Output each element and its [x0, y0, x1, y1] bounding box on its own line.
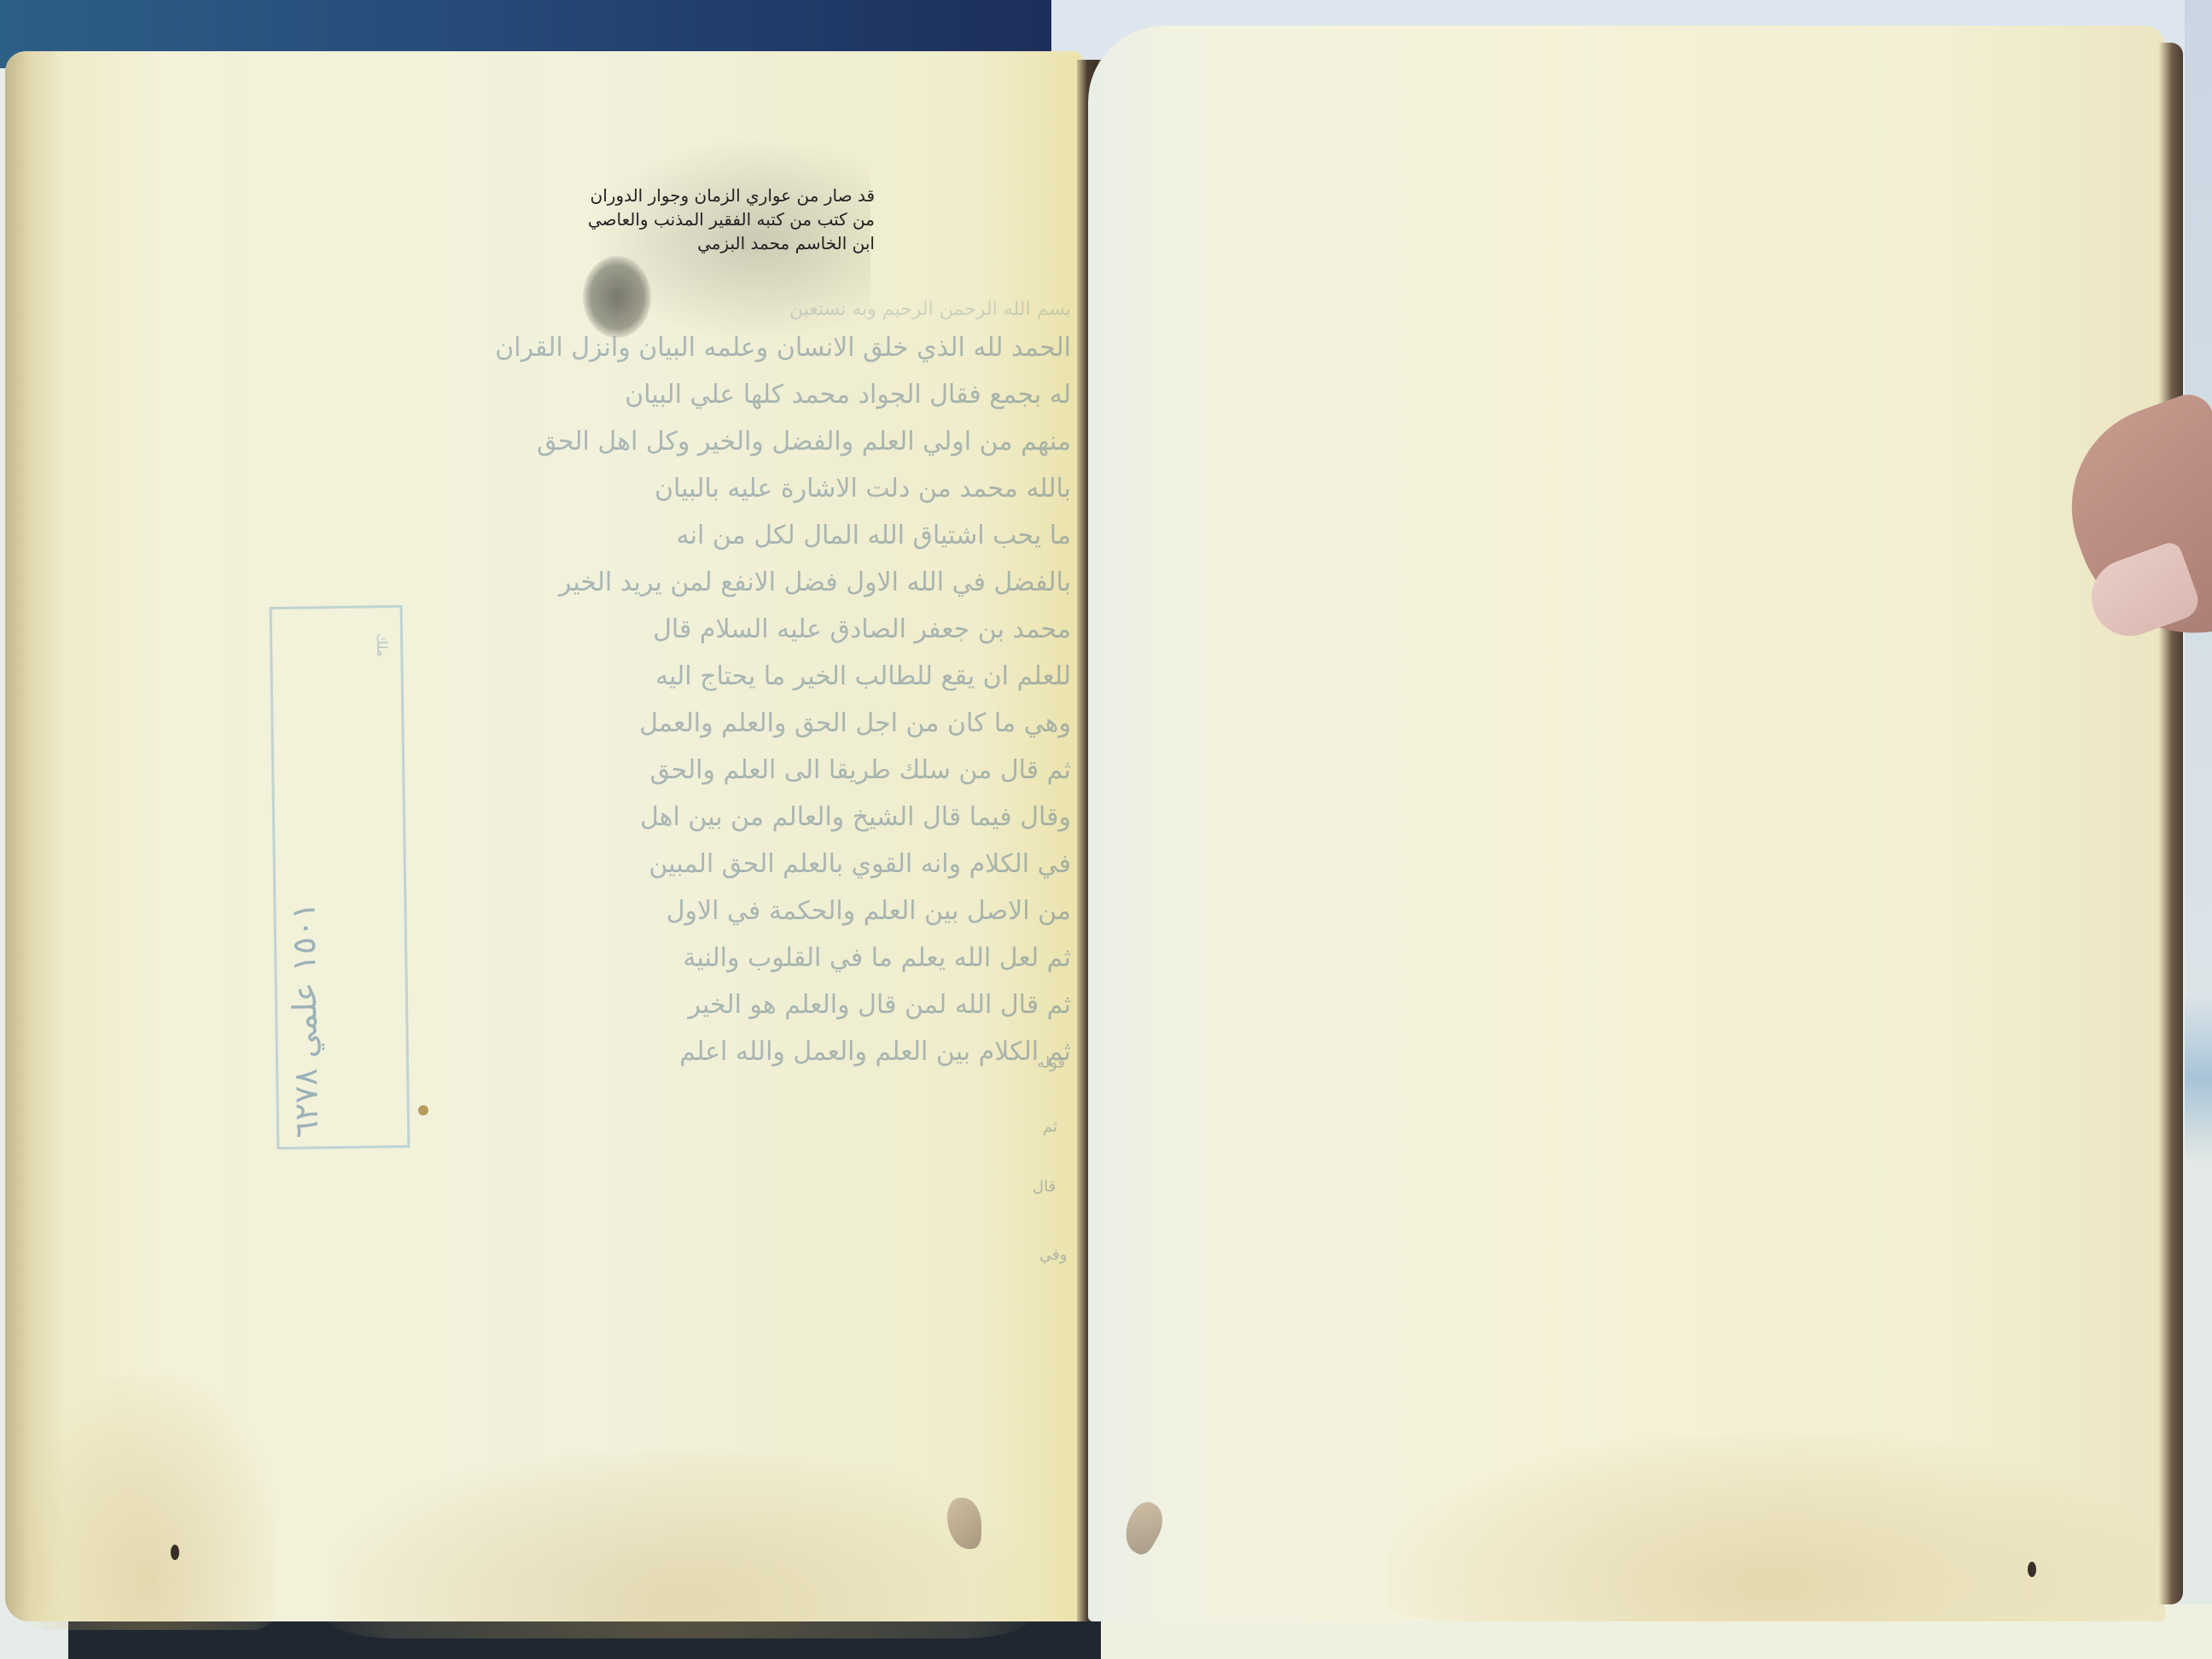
marginal-note: وفي — [1039, 1246, 1067, 1264]
right-page — [1088, 26, 2165, 1621]
text-line: في الكلام وانه القوي بالعلم الحق المبين — [422, 841, 1071, 888]
text-line: ما يحب اشتياق الله المال لكل من انه — [422, 512, 1071, 559]
text-line: منهم من اولي العلم والفضل والخير وكل اهل… — [422, 418, 1071, 465]
text-line: وقال فيما قال الشيخ والعالم من بين اهل — [422, 794, 1071, 841]
worm-hole — [2028, 1562, 2036, 1577]
ownership-line: قد صار من عواري الزمان وجوار الدوران — [580, 183, 875, 207]
text-line: بسم الله الرحمن الرحيم وبه نستعين — [422, 294, 1071, 324]
text-line: وهي ما كان من اجل الحق والعلم والعمل — [422, 700, 1071, 747]
ink-spot — [418, 1105, 428, 1115]
text-line: ثم لعل الله يعلم ما في القلوب والنية — [422, 934, 1071, 981]
text-line: للعلم ان يقع للطالب الخير ما يحتاج اليه — [422, 653, 1071, 700]
shelfmark-label: ملك — [370, 633, 390, 657]
water-stain — [1387, 1434, 2155, 1621]
text-line: له بجمع فقال الجواد محمد كلها علي البيان — [422, 371, 1071, 418]
water-stain — [22, 1374, 278, 1630]
text-line: بالله محمد من دلت الاشارة عليه بالبيان — [422, 465, 1071, 512]
ownership-note: قد صار من عواري الزمان وجوار الدوران من … — [580, 183, 875, 255]
text-line: ثم الكلام بين العلم والعمل والله اعلم — [422, 1028, 1071, 1075]
background-right-strip — [2185, 0, 2212, 1659]
text-line: الحمد لله الذي خلق الانسان وعلمه البيان … — [422, 324, 1071, 371]
marginal-note: قوله — [1037, 1054, 1065, 1072]
shelfmark-stamp: ملك ١٥٠١ علمي ٦٢٧٨ — [270, 605, 410, 1150]
ownership-line: من كتب من كتبه الفقير المذنب والعاصي — [580, 207, 875, 231]
marginal-note: ثم — [1043, 1118, 1057, 1136]
worm-hole — [171, 1545, 179, 1560]
fore-edge — [2159, 43, 2183, 1604]
water-stain — [329, 1451, 1029, 1639]
text-line: محمد بن جعفر الصادق عليه السلام قال — [422, 606, 1071, 653]
shelfmark-number: ١٥٠١ علمي ٦٢٧٨ — [281, 617, 326, 1138]
text-line: بالفضل في الله الاول فضل الانفع لمن يريد… — [422, 559, 1071, 606]
text-line: ثم قال الله لمن قال والعلم هو الخير — [422, 981, 1071, 1028]
text-line: ثم قال من سلك طريقا الى العلم والحق — [422, 747, 1071, 794]
manuscript-text-block: بسم الله الرحمن الرحيم وبه نستعين الحمد … — [422, 294, 1071, 1464]
ownership-line: ابن الخاسم محمد البزمي — [580, 231, 875, 255]
text-line: من الاصل بين العلم والحكمة في الاول — [422, 888, 1071, 934]
marginal-note: قال — [1033, 1178, 1056, 1196]
